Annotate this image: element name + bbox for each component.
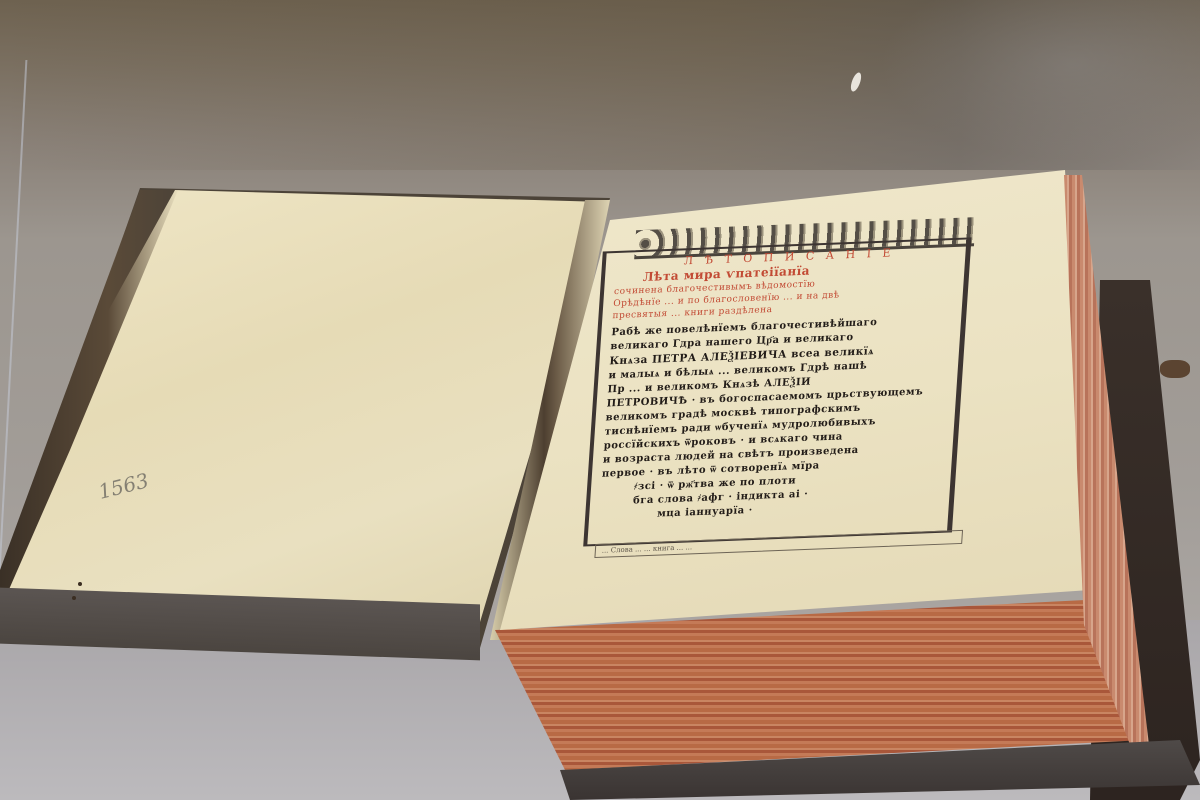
title-page-text-block: Л Ѣ Т О П И С А Н І Е Лѣта мира ѵпатеіїа… [554,216,996,563]
wormhole [78,582,82,586]
draped-fabric [880,0,1200,160]
binding-tie [1160,360,1190,378]
page-block-bottom-edge [495,600,1155,770]
wormhole [72,596,76,600]
